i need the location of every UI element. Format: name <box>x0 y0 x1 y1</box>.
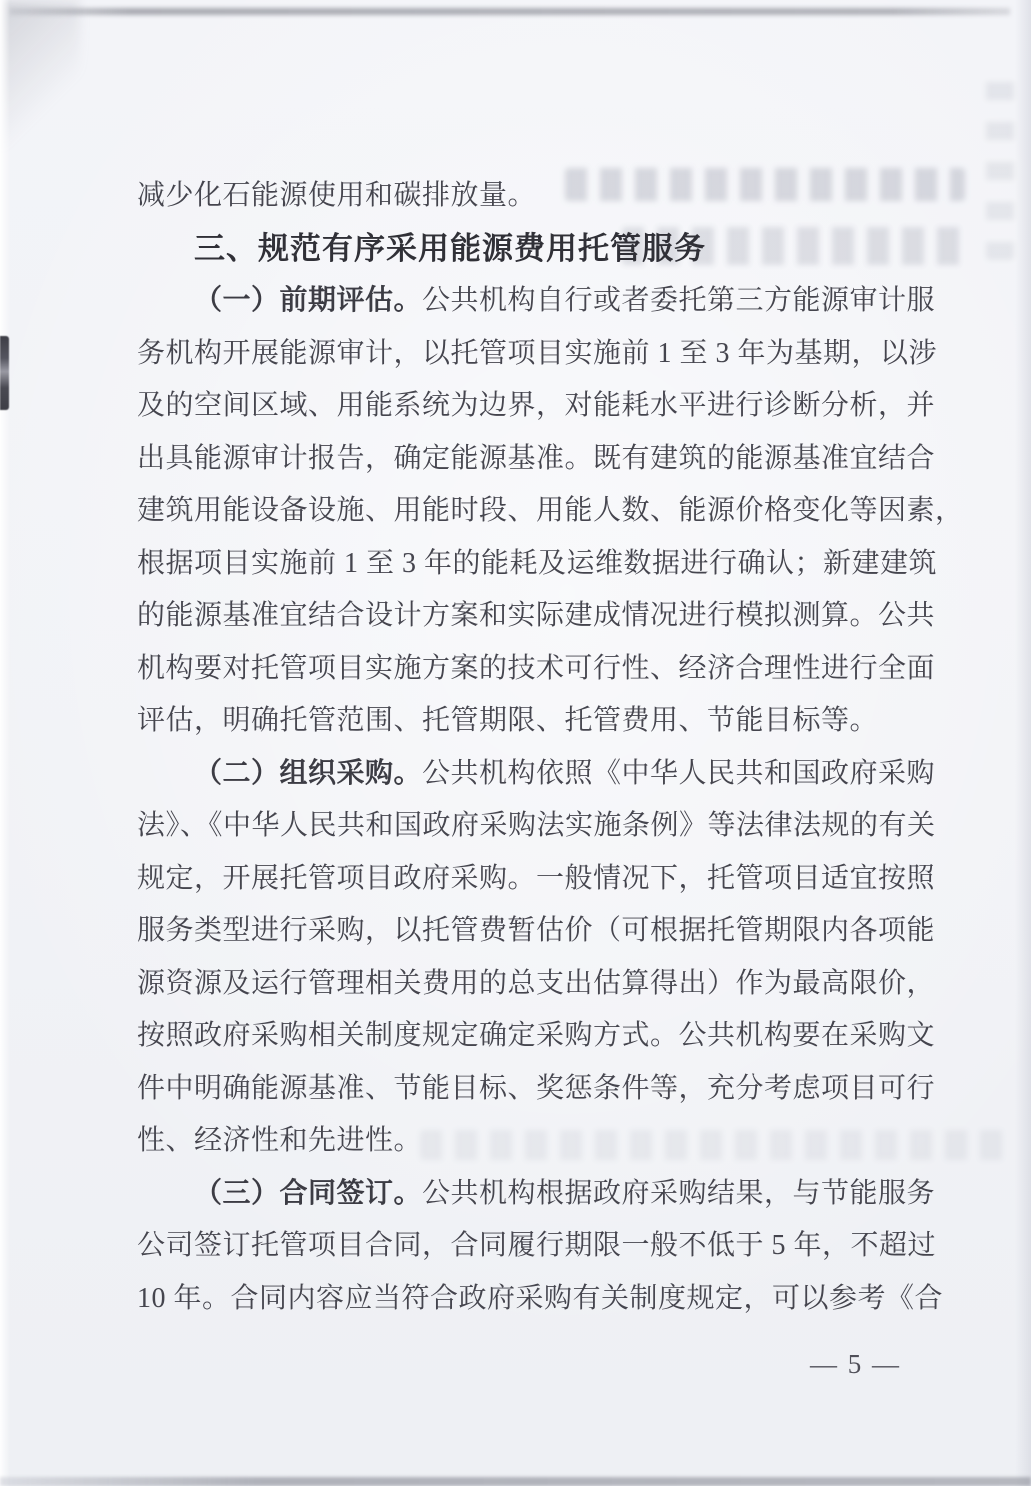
scan-artifact-top-edge <box>10 8 1010 15</box>
text-line: 务机构开展能源审计，以托管项目实施前 1 至 3 年为基期，以涉 <box>137 328 937 381</box>
paragraph-text: 按照政府采购相关制度规定确定采购方式。公共机构要在采购文 <box>137 1020 935 1051</box>
paragraph-text: 性、经济性和先进性。 <box>137 1125 422 1156</box>
paragraph-text: 及的空间区域、用能系统为边界，对能耗水平进行诊断分析，并 <box>137 390 935 421</box>
text-line: （二）组织采购。公共机构依照《中华人民共和国政府采购 <box>137 748 937 801</box>
text-line: 建筑用能设备设施、用能时段、用能人数、能源价格变化等因素， <box>137 485 937 538</box>
text-line: 规定，开展托管项目政府采购。一般情况下，托管项目适宜按照 <box>137 853 937 906</box>
text-line: 件中明确能源基准、节能目标、奖惩条件等，充分考虑项目可行 <box>137 1063 937 1116</box>
paragraph-text: 规定，开展托管项目政府采购。一般情况下，托管项目适宜按照 <box>137 863 935 894</box>
scan-artifact-corner-shadow <box>0 0 80 180</box>
paragraph-lead-text: （一）前期评估。 <box>194 285 422 316</box>
section-heading: 三、规范有序采用能源费用托管服务 <box>137 223 937 276</box>
paragraph-lead-text: 三、规范有序采用能源费用托管服务 <box>194 231 706 266</box>
text-line: 性、经济性和先进性。 <box>137 1115 937 1168</box>
paragraph-text: 源资源及运行管理相关费用的总支出估算得出）作为最高限价， <box>137 968 935 999</box>
paragraph-text: 务机构开展能源审计，以托管项目实施前 1 至 3 年为基期，以涉 <box>137 338 937 369</box>
text-line: 及的空间区域、用能系统为边界，对能耗水平进行诊断分析，并 <box>137 380 937 433</box>
paragraph-lead-text: （二）组织采购。 <box>194 758 422 789</box>
paragraph-text: 服务类型进行采购，以托管费暂估价（可根据托管期限内各项能 <box>137 915 935 946</box>
paragraph-text: 公共机构根据政府采购结果，与节能服务 <box>422 1178 935 1209</box>
paragraph-text: 公司签订托管项目合同，合同履行期限一般不低于 5 年，不超过 <box>137 1230 936 1261</box>
paragraph-text: 根据项目实施前 1 至 3 年的能耗及运维数据进行确认；新建建筑 <box>137 548 937 579</box>
paragraph-lead-text: （三）合同签订。 <box>194 1178 422 1209</box>
bleed-through-text <box>986 60 1014 260</box>
text-line: 服务类型进行采购，以托管费暂估价（可根据托管期限内各项能 <box>137 905 937 958</box>
document-lines: 减少化石能源使用和碳排放量。三、规范有序采用能源费用托管服务（一）前期评估。公共… <box>137 170 937 1325</box>
text-line: 公司签订托管项目合同，合同履行期限一般不低于 5 年，不超过 <box>137 1220 937 1273</box>
paragraph-text: 的能源基准宜结合设计方案和实际建成情况进行模拟测算。公共 <box>137 600 935 631</box>
text-line: 减少化石能源使用和碳排放量。 <box>137 170 937 223</box>
paragraph-text: 评估，明确托管范围、托管期限、托管费用、节能目标等。 <box>137 705 878 736</box>
scanned-document-page: 减少化石能源使用和碳排放量。三、规范有序采用能源费用托管服务（一）前期评估。公共… <box>0 0 1031 1486</box>
text-line: （一）前期评估。公共机构自行或者委托第三方能源审计服 <box>137 275 937 328</box>
text-line: 10 年。合同内容应当符合政府采购有关制度规定，可以参考《合 <box>137 1273 937 1326</box>
text-line: 根据项目实施前 1 至 3 年的能耗及运维数据进行确认；新建建筑 <box>137 538 937 591</box>
text-line: （三）合同签订。公共机构根据政府采购结果，与节能服务 <box>137 1168 937 1221</box>
paragraph-text: 法》、《中华人民共和国政府采购法实施条例》等法律法规的有关 <box>137 810 936 841</box>
paragraph-text: 建筑用能设备设施、用能时段、用能人数、能源价格变化等因素， <box>137 495 964 526</box>
scan-artifact-right-edge <box>1015 0 1031 1486</box>
paragraph-text: 机构要对托管项目实施方案的技术可行性、经济合理性进行全面 <box>137 653 935 684</box>
text-line: 机构要对托管项目实施方案的技术可行性、经济合理性进行全面 <box>137 643 937 696</box>
paragraph-text: 公共机构自行或者委托第三方能源审计服 <box>422 285 935 316</box>
text-line: 按照政府采购相关制度规定确定采购方式。公共机构要在采购文 <box>137 1010 937 1063</box>
binding-mark <box>0 336 9 410</box>
scan-artifact-left-edge <box>0 0 10 1486</box>
page-number: — 5 — <box>810 1349 901 1380</box>
text-line: 源资源及运行管理相关费用的总支出估算得出）作为最高限价， <box>137 958 937 1011</box>
paragraph-text: 件中明确能源基准、节能目标、奖惩条件等，充分考虑项目可行 <box>137 1073 935 1104</box>
scan-artifact-bottom-edge <box>0 1477 1031 1486</box>
paragraph-text: 10 年。合同内容应当符合政府采购有关制度规定，可以参考《合 <box>137 1283 943 1314</box>
text-line: 评估，明确托管范围、托管期限、托管费用、节能目标等。 <box>137 695 937 748</box>
paragraph-text: 出具能源审计报告，确定能源基准。既有建筑的能源基准宜结合 <box>137 443 935 474</box>
text-line: 法》、《中华人民共和国政府采购法实施条例》等法律法规的有关 <box>137 800 937 853</box>
paragraph-text: 减少化石能源使用和碳排放量。 <box>137 180 536 211</box>
paragraph-text: 公共机构依照《中华人民共和国政府采购 <box>422 758 935 789</box>
text-line: 出具能源审计报告，确定能源基准。既有建筑的能源基准宜结合 <box>137 433 937 486</box>
text-line: 的能源基准宜结合设计方案和实际建成情况进行模拟测算。公共 <box>137 590 937 643</box>
